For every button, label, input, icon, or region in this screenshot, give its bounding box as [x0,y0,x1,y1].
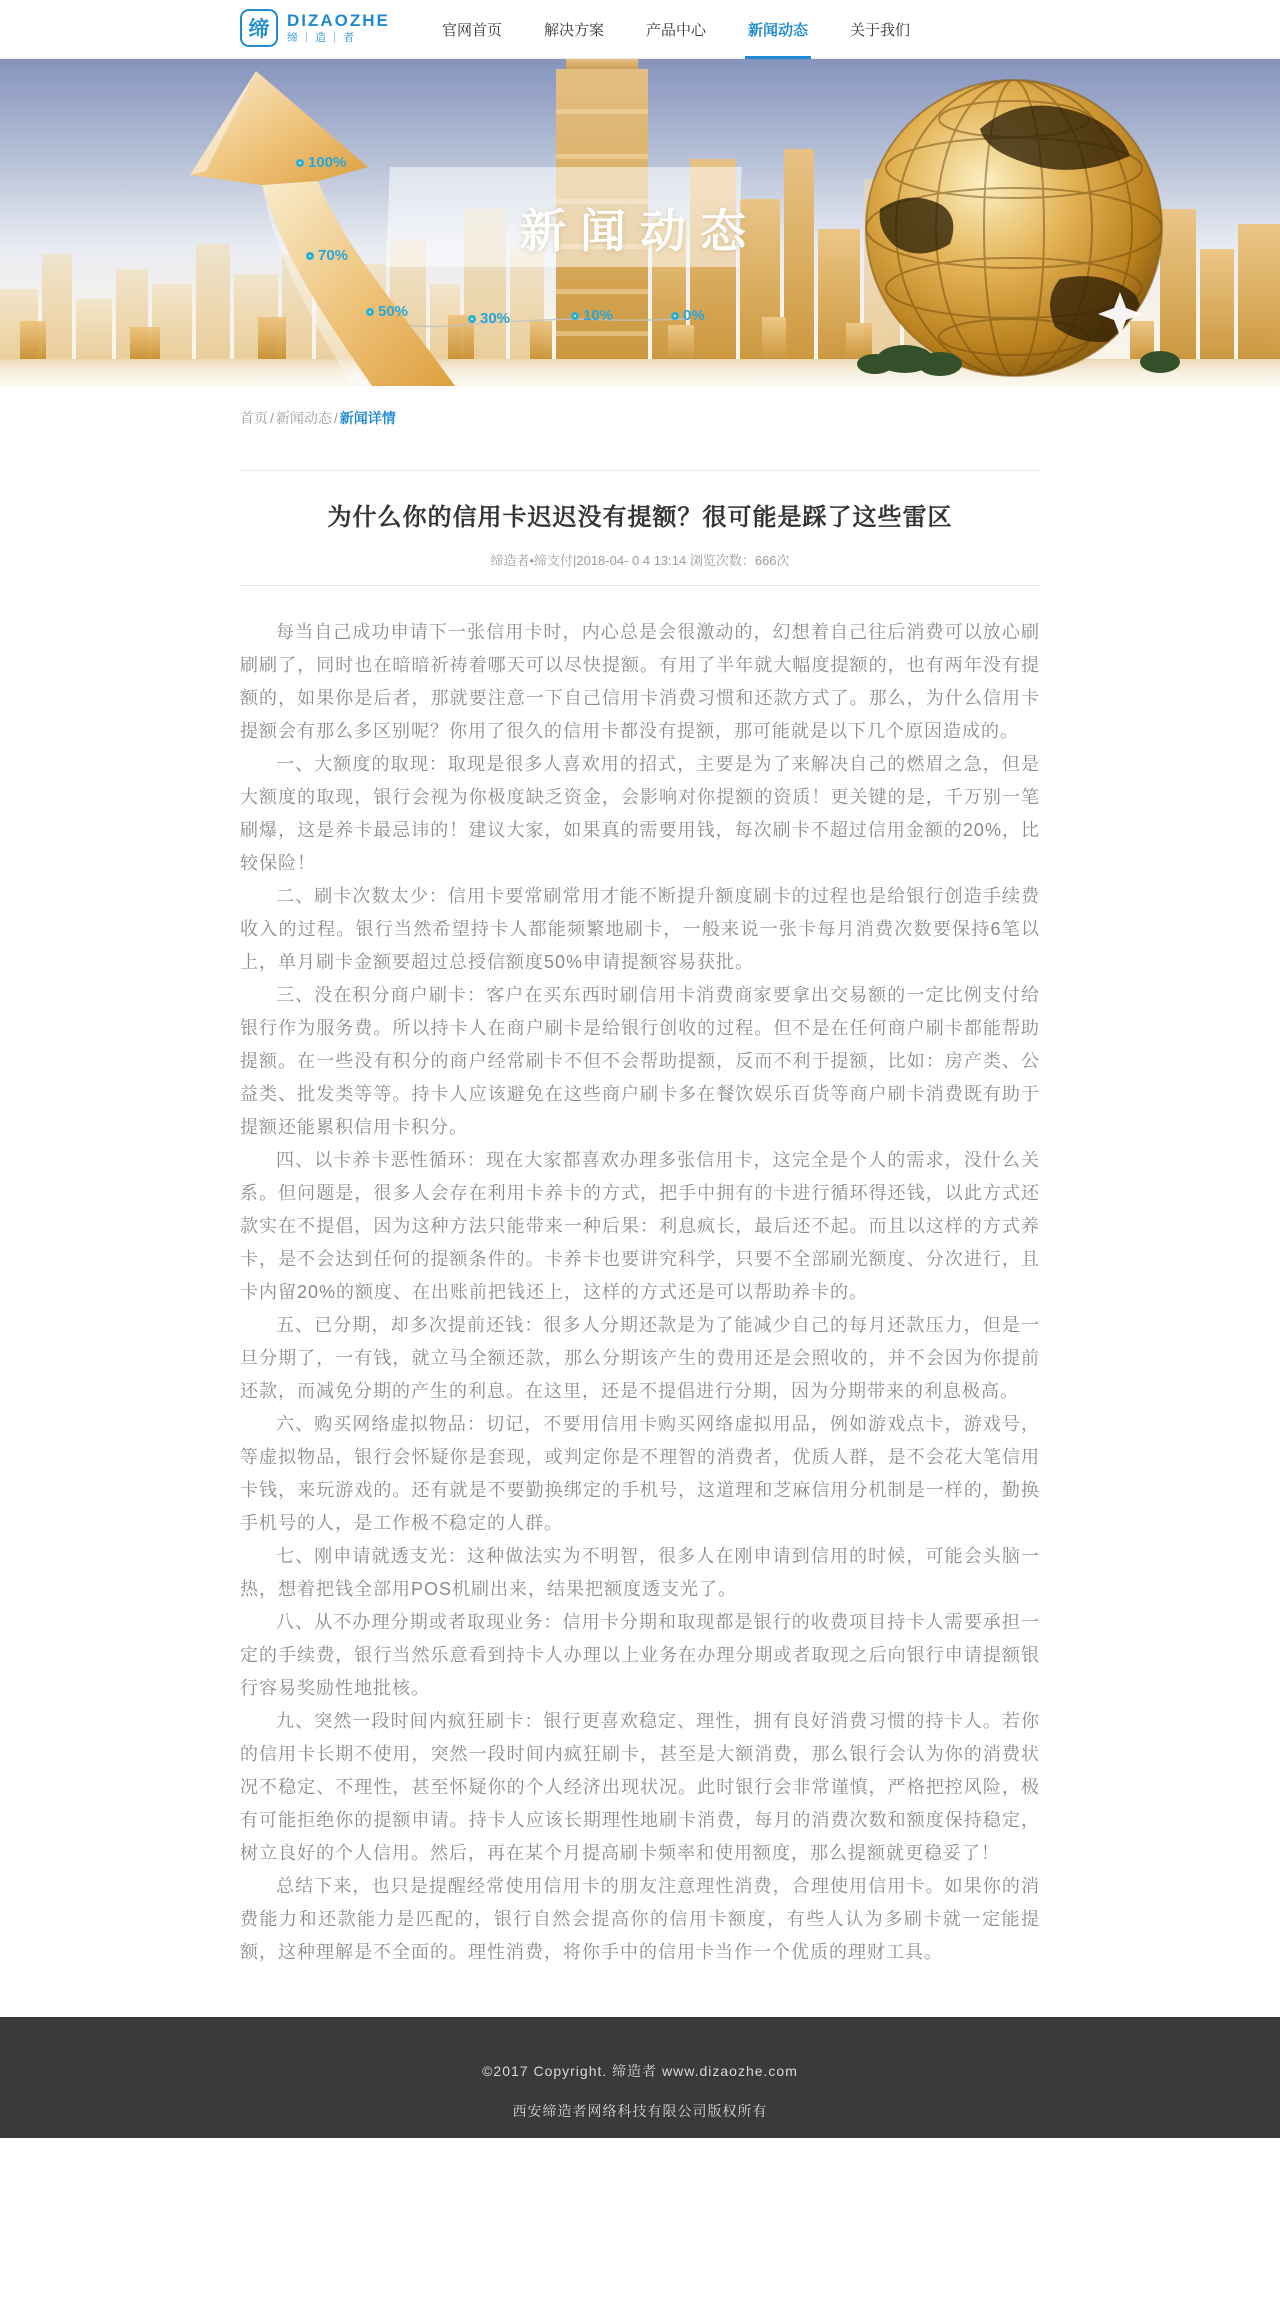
logo-icon-char: 缔 [249,13,270,43]
article-paragraph: 三、没在积分商户刷卡：客户在买东西时刷信用卡消费商家要拿出交易额的一定比例支付给… [240,979,1040,1144]
nav-item-home[interactable]: 官网首页 [421,0,523,59]
logo-brand-sub: 缔｜造｜者 [287,32,390,44]
hero-banner: 新闻动态 100% 70% 50% 30% 10% 0% [0,59,1280,386]
percent-marker-70: 70% [306,247,348,264]
article-paragraph: 五、已分期，却多次提前还钱：很多人分期还款是为了能减少自己的每月还款压力，但是一… [240,1309,1040,1408]
ground-reflection [0,359,1280,386]
breadcrumb-current: 新闻详情 [340,410,396,426]
article: 为什么你的信用卡迟迟没有提额？很可能是踩了这些雷区 缔造者•缔支付|2018-0… [240,470,1040,2017]
footer: ©2017 Copyright. 缔造者 www.dizaozhe.com 西安… [0,2017,1280,2138]
article-paragraph: 总结下来，也只是提醒经常使用信用卡的朋友注意理性消费，合理使用信用卡。如果你的消… [240,1870,1040,1969]
logo-house-icon: 缔 [240,9,278,47]
nav-item-solutions[interactable]: 解决方案 [523,0,625,59]
breadcrumb: 首页/新闻动态/新闻详情 [240,386,1040,428]
nav-item-products[interactable]: 产品中心 [625,0,727,59]
breadcrumb-home-link[interactable]: 首页 [240,410,268,426]
breadcrumb-section: 首页/新闻动态/新闻详情 [0,386,1280,470]
percent-marker-100: 100% [296,154,346,171]
ring-icon [468,315,476,323]
site-logo[interactable]: 缔 DIZAOZHE 缔｜造｜者 [240,9,390,47]
ring-icon [671,312,679,320]
percent-marker-0: 0% [671,307,705,324]
globe-graphic [866,80,1162,376]
footer-copyright: ©2017 Copyright. 缔造者 www.dizaozhe.com [0,2017,1280,2081]
article-paragraph: 八、从不办理分期或者取现业务：信用卡分期和取现都是银行的收费项目持卡人需要承担一… [240,1606,1040,1705]
article-paragraph: 一、大额度的取现：取现是很多人喜欢用的招式，主要是为了来解决自己的燃眉之急，但是… [240,748,1040,880]
top-nav-bar: 缔 DIZAOZHE 缔｜造｜者 官网首页 解决方案 产品中心 新闻动态 关于我… [0,0,1280,59]
article-paragraph: 二、刷卡次数太少：信用卡要常刷常用才能不断提升额度刷卡的过程也是给银行创造手续费… [240,880,1040,979]
article-paragraph: 六、购买网络虚拟物品：切记，不要用信用卡购买网络虚拟用品，例如游戏点卡，游戏号，… [240,1408,1040,1540]
ring-icon [306,252,314,260]
nav-item-news[interactable]: 新闻动态 [727,0,829,59]
article-paragraph: 每当自己成功申请下一张信用卡时，内心总是会很激动的，幻想着自己往后消费可以放心刷… [240,616,1040,748]
ring-icon [296,159,304,167]
percent-marker-30: 30% [468,310,510,327]
banner-title: 新闻动态 [520,195,760,261]
footer-company: 西安缔造者网络科技有限公司版权所有 [0,2101,1280,2121]
ring-icon [571,312,579,320]
article-meta: 缔造者•缔支付|2018-04- 0 4 13:14 浏览次数：666次 [240,550,1040,586]
article-title: 为什么你的信用卡迟迟没有提额？很可能是踩了这些雷区 [240,497,1040,532]
article-paragraph: 七、刚申请就透支光：这种做法实为不明智，很多人在刚申请到信用的时候，可能会头脑一… [240,1540,1040,1606]
breadcrumb-news-link[interactable]: 新闻动态 [276,410,332,426]
percent-marker-10: 10% [571,307,613,324]
ring-icon [366,308,374,316]
article-paragraph: 九、突然一段时间内疯狂刷卡：银行更喜欢稳定、理性，拥有良好消费习惯的持卡人。若你… [240,1705,1040,1870]
article-paragraph: 四、以卡养卡恶性循环：现在大家都喜欢办理多张信用卡，这完全是个人的需求，没什么关… [240,1144,1040,1309]
percent-marker-50: 50% [366,303,408,320]
article-body: 每当自己成功申请下一张信用卡时，内心总是会很激动的，幻想着自己往后消费可以放心刷… [240,586,1040,1969]
breadcrumb-separator: / [332,410,340,426]
main-nav: 官网首页 解决方案 产品中心 新闻动态 关于我们 [421,0,931,59]
logo-text: DIZAOZHE 缔｜造｜者 [287,12,390,45]
nav-item-about[interactable]: 关于我们 [829,0,931,59]
logo-brand: DIZAOZHE [287,12,390,31]
breadcrumb-separator: / [268,410,276,426]
